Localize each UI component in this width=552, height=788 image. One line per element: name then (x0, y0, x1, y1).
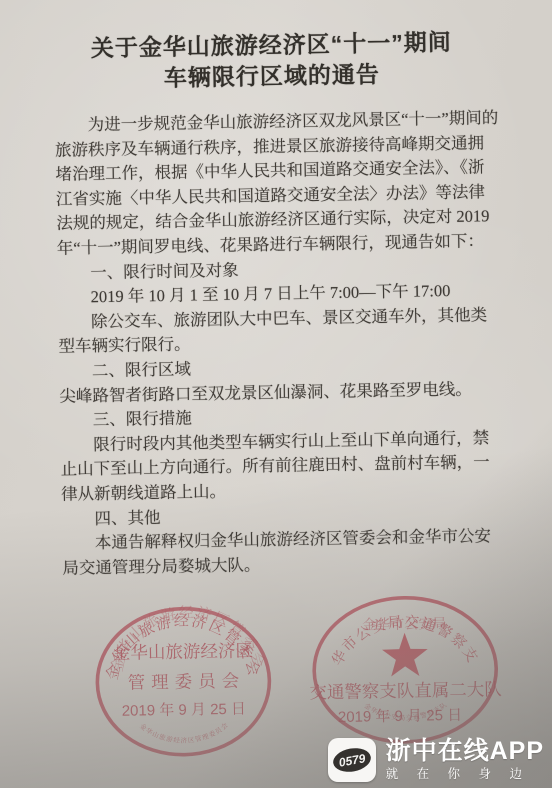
section-3-measures: 限行时段内其他类型车辆实行山上至山下单向通行，禁止山下至山上方向通行。所有前往鹿… (60, 426, 505, 508)
app-watermark-text: 浙中在线APP 就 在 你 身 边 (386, 738, 544, 782)
app-slogan: 就 在 你 身 边 (386, 766, 544, 782)
seal-tourism-committee: 金华山旅游经济区管委会 金华山旅游经济区管委会 金华山旅游经济区 管理委员会 2… (88, 599, 281, 772)
section-4-other: 本通告解释权归金华山旅游经济区管委会和金华市公安局交通管理分局婺城大队。 (62, 524, 507, 581)
photographed-notice: 关于金华山旅游经济区“十一”期间 车辆限行区域的通告 为进一步规范金华山旅游经济… (0, 0, 552, 788)
seal-right-org-small: 金华市公安局 (362, 615, 446, 632)
seal-left-arc-bottom: 金华山旅游经济区管理委员会 (138, 720, 230, 746)
app-logo-icon: 0579 (331, 744, 373, 776)
notice-body: 为进一步规范金华山旅游经济区双龙风景区“十一”期间的旅游秩序及车辆通行秩序，推进… (0, 101, 552, 582)
seal-left-line2: 管理委员会 (127, 671, 245, 693)
notice-document: 关于金华山旅游经济区“十一”期间 车辆限行区域的通告 为进一步规范金华山旅游经济… (0, 0, 552, 788)
seal-right-line1: 交通警察支队直属二大队 (309, 679, 502, 702)
notice-intro: 为进一步规范金华山旅游经济区双龙风景区“十一”期间的旅游秩序及车辆通行秩序，推进… (54, 106, 501, 261)
seal-left-line1: 金华山旅游经济区 (113, 640, 253, 662)
app-name: 浙中在线APP (386, 738, 544, 764)
notice-title: 关于金华山旅游经济区“十一”期间 车辆限行区域的通告 (25, 26, 518, 97)
star-icon (382, 632, 428, 676)
app-logo: 0579 (328, 738, 376, 782)
seal-left-date: 2019 年 9 月 25 日 (122, 700, 247, 720)
section-1-vehicles: 除公交车、旅游团队大中巴车、景区交通车外，其他类型车辆实行限行。 (58, 303, 503, 360)
app-watermark: 0579 浙中在线APP 就 在 你 身 边 (328, 738, 544, 782)
